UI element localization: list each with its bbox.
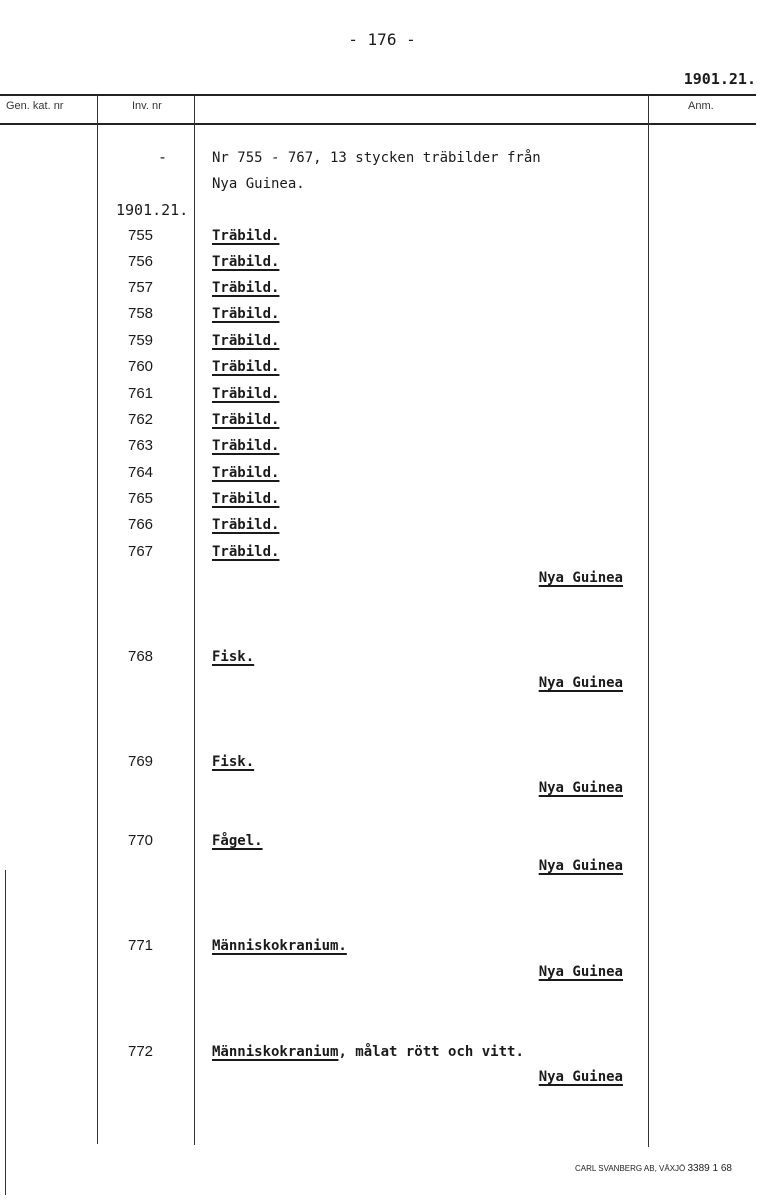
entry-desc: Träbild. [212, 465, 279, 481]
column-divider-gen-body [97, 124, 98, 1144]
inv-number: 760 [128, 358, 225, 375]
entry-desc-rest: , målat rött och vitt. [338, 1044, 523, 1060]
printer-imprint: CARL SVANBERG AB, VÄXJÖ 3389 1 68 [575, 1163, 732, 1174]
entry-origin: Nya Guinea [539, 964, 623, 980]
inv-number: 766 [128, 516, 225, 533]
entry-desc: Träbild. [212, 254, 279, 270]
inv-number: 771 [128, 937, 225, 954]
inv-number: 758 [128, 305, 225, 322]
top-rule [0, 94, 756, 96]
entry-desc: Fisk. [212, 649, 254, 665]
header-inv-nr: Inv. nr [132, 100, 162, 112]
entry-desc: Träbild. [212, 359, 279, 375]
inv-number: 764 [128, 464, 225, 481]
header-anm: Anm. [688, 100, 714, 112]
entry-desc: Träbild. [212, 491, 279, 507]
entry-desc: Träbild. [212, 280, 279, 296]
column-divider-gen [97, 95, 98, 124]
inv-number: 767 [128, 543, 225, 560]
entry-desc: Träbild. [212, 412, 279, 428]
inv-number: 756 [128, 253, 225, 270]
inv-number: 768 [128, 648, 225, 665]
entry-desc: Träbild. [212, 228, 279, 244]
form-code: 3389 1 68 [688, 1163, 733, 1174]
entry-desc: Träbild. [212, 438, 279, 454]
inv-number: 772 [128, 1043, 225, 1060]
entry-origin: Nya Guinea [539, 858, 623, 874]
inv-number: 755 [128, 227, 225, 244]
entry-desc: Träbild. [212, 544, 279, 560]
entry-desc-underlined: Människokranium [212, 1044, 338, 1060]
left-margin-line [5, 870, 6, 1195]
intro-line-2: Nya Guinea. [212, 176, 305, 192]
column-divider-anm [648, 95, 649, 1147]
entry-desc: Fågel. [212, 833, 263, 849]
header-gen-kat-nr: Gen. kat. nr [6, 100, 63, 112]
entry-desc: Fisk. [212, 754, 254, 770]
intro-series: 1901.21. [116, 201, 188, 219]
header-rule [0, 123, 756, 125]
inv-number: 762 [128, 411, 225, 428]
inv-number: 757 [128, 279, 225, 296]
entry-desc: Träbild. [212, 517, 279, 533]
entry-origin: Nya Guinea [539, 675, 623, 691]
entry-desc: Träbild. [212, 333, 279, 349]
entry-desc: Träbild. [212, 386, 279, 402]
entry-desc: Människokranium. [212, 938, 347, 954]
printer-name: CARL SVANBERG AB, VÄXJÖ [575, 1164, 685, 1173]
series-reference: 1901.21. [684, 70, 756, 88]
inv-number: 770 [128, 832, 225, 849]
entry-desc: Människokranium, målat rött och vitt. [212, 1044, 524, 1060]
page-number: - 176 - [0, 30, 764, 49]
entry-origin: Nya Guinea [539, 570, 623, 586]
intro-inv: - [158, 148, 167, 166]
entry-origin: Nya Guinea [539, 1069, 623, 1085]
intro-line-1: Nr 755 - 767, 13 stycken träbilder från [212, 150, 541, 166]
inv-number: 759 [128, 332, 225, 349]
entry-origin: Nya Guinea [539, 780, 623, 796]
inv-number: 763 [128, 437, 225, 454]
inv-number: 769 [128, 753, 225, 770]
inv-number: 765 [128, 490, 225, 507]
inv-number: 761 [128, 385, 225, 402]
entry-desc: Träbild. [212, 306, 279, 322]
